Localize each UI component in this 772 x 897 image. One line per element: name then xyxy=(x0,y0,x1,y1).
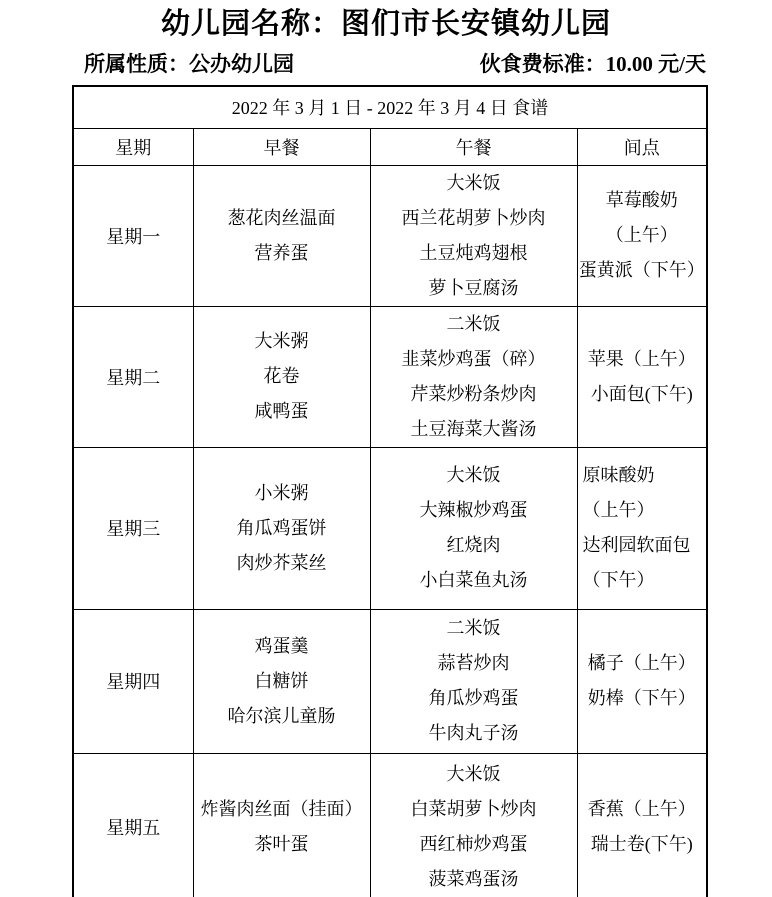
dish-item: 小面包(下午) xyxy=(578,377,707,412)
dish-item: 红烧肉 xyxy=(371,528,577,563)
table-row: 星期五炸酱肉丝面（挂面）茶叶蛋大米饭白菜胡萝卜炒肉西红柿炒鸡蛋菠菜鸡蛋汤香蕉（上… xyxy=(73,753,707,897)
column-header-snack: 间点 xyxy=(577,128,707,165)
column-header-breakfast: 早餐 xyxy=(193,128,370,165)
page-title: 幼儿园名称：图们市长安镇幼儿园 xyxy=(0,0,772,42)
lunch-cell: 大米饭西兰花胡萝卜炒肉土豆炖鸡翅根萝卜豆腐汤 xyxy=(370,165,577,306)
date-title-row: 2022 年 3 月 1 日 - 2022 年 3 月 4 日 食谱 xyxy=(73,86,707,128)
dish-item: 大米饭 xyxy=(371,458,577,493)
day-cell: 星期四 xyxy=(73,609,193,753)
dish-item: （上午） xyxy=(583,493,707,528)
dish-item: （下午） xyxy=(583,563,707,598)
dish-item: 蒜苔炒肉 xyxy=(371,646,577,681)
subheader: 所属性质：公办幼儿园 伙食费标准：10.00 元/天 xyxy=(84,50,706,78)
snack-cell: 原味酸奶（上午）达利园软面包（下午） xyxy=(577,447,707,609)
dish-item: 菠菜鸡蛋汤 xyxy=(371,862,577,897)
dish-item: 花卷 xyxy=(194,359,370,394)
lunch-cell: 大米饭白菜胡萝卜炒肉西红柿炒鸡蛋菠菜鸡蛋汤 xyxy=(370,753,577,897)
snack-cell: 橘子（上午）奶棒（下午） xyxy=(577,609,707,753)
column-header-lunch: 午餐 xyxy=(370,128,577,165)
dish-item: 角瓜炒鸡蛋 xyxy=(371,681,577,716)
menu-table: 2022 年 3 月 1 日 - 2022 年 3 月 4 日 食谱 星期早餐午… xyxy=(72,85,708,897)
lunch-cell: 二米饭韭菜炒鸡蛋（碎）芹菜炒粉条炒肉土豆海菜大酱汤 xyxy=(370,306,577,447)
dish-item: 大辣椒炒鸡蛋 xyxy=(371,493,577,528)
lunch-cell: 大米饭大辣椒炒鸡蛋红烧肉小白菜鱼丸汤 xyxy=(370,447,577,609)
dish-item: 大米饭 xyxy=(371,757,577,792)
dish-item: 草莓酸奶 xyxy=(578,183,707,218)
table-date-title: 2022 年 3 月 1 日 - 2022 年 3 月 4 日 食谱 xyxy=(73,86,707,128)
column-header-row: 星期早餐午餐间点 xyxy=(73,128,707,165)
dish-item: 小白菜鱼丸汤 xyxy=(371,563,577,598)
dish-item: 大米饭 xyxy=(371,166,577,201)
dish-item: 二米饭 xyxy=(371,611,577,646)
snack-cell: 草莓酸奶（上午）蛋黄派（下午） xyxy=(577,165,707,306)
dish-item: 橘子（上午） xyxy=(578,646,707,681)
table-row: 星期二大米粥花卷咸鸭蛋二米饭韭菜炒鸡蛋（碎）芹菜炒粉条炒肉土豆海菜大酱汤苹果（上… xyxy=(73,306,707,447)
dish-item: 角瓜鸡蛋饼 xyxy=(194,511,370,546)
breakfast-cell: 炸酱肉丝面（挂面）茶叶蛋 xyxy=(193,753,370,897)
snack-cell: 苹果（上午）小面包(下午) xyxy=(577,306,707,447)
dish-item: 二米饭 xyxy=(371,307,577,342)
table-row: 星期四鸡蛋羹白糖饼哈尔滨儿童肠二米饭蒜苔炒肉角瓜炒鸡蛋牛肉丸子汤橘子（上午）奶棒… xyxy=(73,609,707,753)
day-cell: 星期一 xyxy=(73,165,193,306)
dish-item: 萝卜豆腐汤 xyxy=(371,271,577,306)
menu-table-body: 星期一葱花肉丝温面营养蛋大米饭西兰花胡萝卜炒肉土豆炖鸡翅根萝卜豆腐汤草莓酸奶（上… xyxy=(73,165,707,897)
dish-item: 鸡蛋羹 xyxy=(194,629,370,664)
dish-item: 白菜胡萝卜炒肉 xyxy=(371,792,577,827)
dish-item: 蛋黄派（下午） xyxy=(578,253,707,288)
day-cell: 星期三 xyxy=(73,447,193,609)
day-cell: 星期二 xyxy=(73,306,193,447)
dish-item: （上午） xyxy=(578,218,707,253)
lunch-cell: 二米饭蒜苔炒肉角瓜炒鸡蛋牛肉丸子汤 xyxy=(370,609,577,753)
dish-item: 大米粥 xyxy=(194,324,370,359)
dish-item: 芹菜炒粉条炒肉 xyxy=(371,377,577,412)
dish-item: 原味酸奶 xyxy=(583,458,707,493)
column-header-day: 星期 xyxy=(73,128,193,165)
dish-item: 西兰花胡萝卜炒肉 xyxy=(371,201,577,236)
day-cell: 星期五 xyxy=(73,753,193,897)
dish-item: 营养蛋 xyxy=(194,236,370,271)
snack-cell: 香蕉（上午）瑞士卷(下午) xyxy=(577,753,707,897)
dish-item: 苹果（上午） xyxy=(578,342,707,377)
nature-label: 所属性质：公办幼儿园 xyxy=(84,50,294,78)
table-row: 星期三小米粥角瓜鸡蛋饼肉炒芥菜丝大米饭大辣椒炒鸡蛋红烧肉小白菜鱼丸汤原味酸奶（上… xyxy=(73,447,707,609)
dish-item: 炸酱肉丝面（挂面） xyxy=(194,792,370,827)
dish-item: 香蕉（上午） xyxy=(578,792,707,827)
breakfast-cell: 葱花肉丝温面营养蛋 xyxy=(193,165,370,306)
dish-item: 咸鸭蛋 xyxy=(194,394,370,429)
breakfast-cell: 鸡蛋羹白糖饼哈尔滨儿童肠 xyxy=(193,609,370,753)
dish-item: 土豆炖鸡翅根 xyxy=(371,236,577,271)
dish-item: 韭菜炒鸡蛋（碎） xyxy=(371,342,577,377)
dish-item: 白糖饼 xyxy=(194,664,370,699)
dish-item: 西红柿炒鸡蛋 xyxy=(371,827,577,862)
fee-standard-label: 伙食费标准：10.00 元/天 xyxy=(480,50,706,78)
dish-item: 土豆海菜大酱汤 xyxy=(371,412,577,447)
dish-item: 牛肉丸子汤 xyxy=(371,716,577,751)
dish-item: 肉炒芥菜丝 xyxy=(194,546,370,581)
dish-item: 葱花肉丝温面 xyxy=(194,201,370,236)
dish-item: 哈尔滨儿童肠 xyxy=(194,699,370,734)
dish-item: 奶棒（下午） xyxy=(578,681,707,716)
dish-item: 小米粥 xyxy=(194,476,370,511)
dish-item: 茶叶蛋 xyxy=(194,827,370,862)
menu-document: 幼儿园名称：图们市长安镇幼儿园 所属性质：公办幼儿园 伙食费标准：10.00 元… xyxy=(0,0,772,897)
breakfast-cell: 小米粥角瓜鸡蛋饼肉炒芥菜丝 xyxy=(193,447,370,609)
dish-item: 瑞士卷(下午) xyxy=(578,827,707,862)
table-row: 星期一葱花肉丝温面营养蛋大米饭西兰花胡萝卜炒肉土豆炖鸡翅根萝卜豆腐汤草莓酸奶（上… xyxy=(73,165,707,306)
breakfast-cell: 大米粥花卷咸鸭蛋 xyxy=(193,306,370,447)
dish-item: 达利园软面包 xyxy=(583,528,707,563)
